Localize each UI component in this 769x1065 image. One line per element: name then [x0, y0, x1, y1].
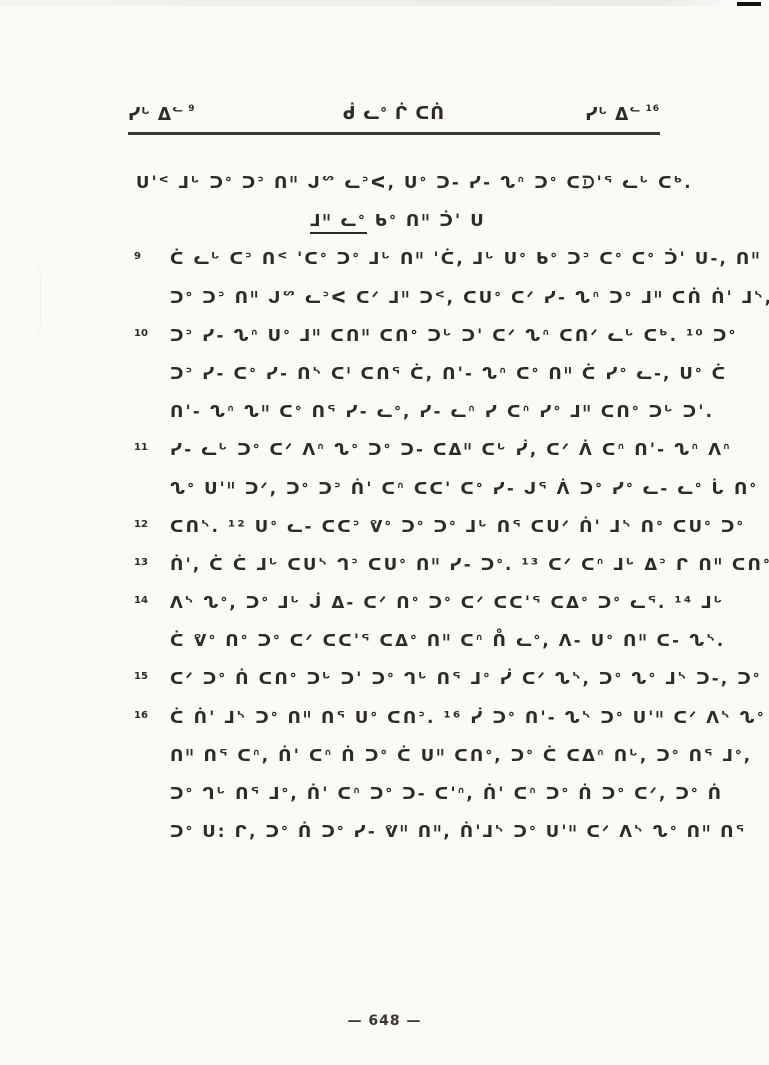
line-text: ᑏ', ᑖ ᑖ ᒧᒡ ᑕᑌᔅ ᒉᐣ ᑕᑌᐤ ᑎᐦ ᓯ- ᑐᐤ. ¹³ ᑕᐟ ᑕᐢ… [170, 546, 769, 584]
text-line: 14ᐱᔅ ᔐᐤ, ᑐᐤ ᒧᒡ ᒎ ᐃ- ᑕᐟ ᑎᐤ ᑐᐤ ᑕᐟ ᑕᑕ'ᕐ ᑕᐃᐤ… [136, 584, 660, 622]
header-right-number: 16 [645, 104, 660, 114]
line-text: ᑐᐤ ᒉᒡ ᑎᕐ ᒧᐤ, ᑏ' ᑕᐢ ᑐᐤ ᑐ- ᑕ'ᐢ, ᑏ' ᑕᐢ ᑐᐤ ᑏ… [170, 775, 723, 813]
text-line: 11ᓯ- ᓚᒡ ᑐᐤ ᑕᐟ ᐱᐢ ᔐᐤ ᑐᐤ ᑐ- ᑕᐃᐦ ᑕᒡ ᓰ, ᑕᐟ ᐲ… [136, 431, 660, 469]
text-line: ᑎᐦ ᑎᕐ ᑕᐢ, ᑏ' ᑕᐢ ᑏ ᑐᐤ ᑖ ᑌᐦ ᑕᑎᐤ, ᑐᐤ ᑖ ᑕᐃᐢ … [136, 737, 660, 775]
header-book-title: ᑰ ᓚᐤ ᒌ ᑕᑏ [128, 104, 660, 124]
text-line: ᑐᐤ ᒉᒡ ᑎᕐ ᒧᐤ, ᑏ' ᑕᐢ ᑐᐤ ᑐ- ᑕ'ᐢ, ᑏ' ᑕᐢ ᑐᐤ ᑏ… [136, 775, 660, 813]
verse-number: 13 [134, 544, 148, 582]
header-right-reference: ᓯᒡ ᐃᓪ16 [585, 104, 660, 125]
text-line: ᑐᐤ ᑌ: ᒋ, ᑐᐤ ᑏ ᑐᐤ ᓯ- ᕓᐦ ᑎᐦ, ᑏ'ᒧᔅ ᑐᐤ ᑌ'ᐦ ᑕ… [136, 813, 660, 851]
paper-fold-shadow [0, 240, 41, 360]
text-line: 13ᑏ', ᑖ ᑖ ᒧᒡ ᑕᑌᔅ ᒉᐣ ᑕᑌᐤ ᑎᐦ ᓯ- ᑐᐤ. ¹³ ᑕᐟ … [136, 546, 660, 584]
verse-number: 12 [134, 506, 148, 544]
line-text: ᑖ ᕓᐤ ᑎᐤ ᑐᐤ ᑕᐟ ᑕᑕ'ᕐ ᑕᐃᐤ ᑎᐦ ᑕᐢ ᑍ ᓚᐤ, ᐱ- ᑌᐤ… [170, 622, 725, 660]
text-line: ᑎ'- ᔐᐢ ᔐᐦ ᑕᐤ ᑎᕐ ᓯ- ᓚᐤ, ᓯ- ᓚᐢ ᓯ ᑕᐢ ᓯᐤ ᒧᐦ … [136, 393, 660, 431]
scan-top-edge [0, 0, 769, 6]
verse-number: 15 [134, 658, 148, 696]
text-line: ᑖ ᕓᐤ ᑎᐤ ᑐᐤ ᑕᐟ ᑕᑕ'ᕐ ᑕᐃᐤ ᑎᐦ ᑕᐢ ᑍ ᓚᐤ, ᐱ- ᑌᐤ… [136, 622, 660, 660]
running-header: ᓯᒡ ᐃᓪ9 ᑰ ᓚᐤ ᒌ ᑕᑏ ᓯᒡ ᐃᓪ16 [128, 98, 660, 134]
text-line: ᑐᐣ ᓯ- ᑕᐤ ᓯ- ᑎᔅ ᑕᑊ ᑕᑎᕐ ᑖ, ᑎ'- ᔐᐢ ᑕᐤ ᑎᐦ ᑖ … [136, 355, 660, 393]
line-text: ᑖ ᑏ' ᒧᔅ ᑐᐤ ᑎᐦ ᑎᕐ ᑌᐤ ᑕᑎᐣ. ¹⁶ ᓰ ᑐᐤ ᑎ'- ᔐᔅ … [170, 699, 766, 737]
text-line: ᑌ'ᑉ ᒧᒡ ᑐᐤ ᑐᐣ ᑎᐦ ᒍᔥ ᓚᐣᐸ, ᑌᐤ ᑐ- ᓯ- ᔐᐢ ᑐᐤ ᑕ… [136, 164, 660, 202]
text-line: 9ᑖ ᓚᒡ ᑕᐣ ᑎᑉ 'ᑕᐤ ᑐᐤ ᒧᒡ ᑎᐦ 'ᑖ, ᒧᒡ ᑌᐤ ᑲᐤ ᑐᐣ… [136, 240, 660, 278]
line-text: ᓯ- ᓚᒡ ᑐᐤ ᑕᐟ ᐱᐢ ᔐᐤ ᑐᐤ ᑐ- ᑕᐃᐦ ᑕᒡ ᓰ, ᑕᐟ ᐲ ᑕ… [170, 431, 732, 469]
line-text: ᑐᐣ ᓯ- ᔐᐢ ᑌᐤ ᒧᐦ ᑕᑎᐦ ᑕᑎᐤ ᑐᒡ ᑐ' ᑕᐟ ᔐᐢ ᑕᑎᐟ ᓚ… [170, 317, 737, 355]
line-text: ᑌ'ᑉ ᒧᒡ ᑐᐤ ᑐᐣ ᑎᐦ ᒍᔥ ᓚᐣᐸ, ᑌᐤ ᑐ- ᓯ- ᔐᐢ ᑐᐤ ᑕ… [136, 164, 693, 202]
line-text: ᑐᐤ ᑌ: ᒋ, ᑐᐤ ᑏ ᑐᐤ ᓯ- ᕓᐦ ᑎᐦ, ᑏ'ᒧᔅ ᑐᐤ ᑌ'ᐦ ᑕ… [170, 813, 746, 851]
text-line: ᔐᐤ ᑌ'ᐦ ᑐᐟ, ᑐᐤ ᑐᐣ ᑏ' ᑕᐢ ᑕᑕ' ᑕᐤ ᓯ- ᒍᕐ ᐲ ᑐᐤ… [136, 470, 660, 508]
line-text: ᑎᐦ ᑎᕐ ᑕᐢ, ᑏ' ᑕᐢ ᑏ ᑐᐤ ᑖ ᑌᐦ ᑕᑎᐤ, ᑐᐤ ᑖ ᑕᐃᐢ … [170, 737, 752, 775]
verse-number: 16 [134, 697, 148, 735]
text-line: 10ᑐᐣ ᓯ- ᔐᐢ ᑌᐤ ᒧᐦ ᑕᑎᐦ ᑕᑎᐤ ᑐᒡ ᑐ' ᑕᐟ ᔐᐢ ᑕᑎᐟ… [136, 317, 660, 355]
text-line: 16ᑖ ᑏ' ᒧᔅ ᑐᐤ ᑎᐦ ᑎᕐ ᑌᐤ ᑕᑎᐣ. ¹⁶ ᓰ ᑐᐤ ᑎ'- ᔐ… [136, 699, 660, 737]
line-text: ᐱᔅ ᔐᐤ, ᑐᐤ ᒧᒡ ᒎ ᐃ- ᑕᐟ ᑎᐤ ᑐᐤ ᑕᐟ ᑕᑕ'ᕐ ᑕᐃᐤ ᑐ… [170, 584, 724, 622]
text-line: ᒧᐦ ᓚᐤ ᑲᐤ ᑎᐦ ᑑ' ᑌ [136, 202, 660, 240]
header-rule [128, 132, 660, 135]
scan-corner-mark [737, 2, 761, 6]
text-line: 15ᑕᐟ ᑐᐤ ᑏ ᑕᑎᐤ ᑐᒡ ᑐ' ᑐᐤ ᒉᒡ ᑎᕐ ᒧᐤ ᓰ ᑕᐟ ᔐᔅ,… [136, 660, 660, 698]
verse-number: 11 [134, 429, 148, 467]
page-number: — 648 — [0, 1013, 769, 1029]
line-text: ᒧᐦ ᓚᐤ ᑲᐤ ᑎᐦ ᑑ' ᑌ [310, 202, 486, 240]
header-right-label: ᓯᒡ ᐃᓪ [585, 105, 641, 125]
line-text: ᑎ'- ᔐᐢ ᔐᐦ ᑕᐤ ᑎᕐ ᓯ- ᓚᐤ, ᓯ- ᓚᐢ ᓯ ᑕᐢ ᓯᐤ ᒧᐦ … [170, 393, 714, 431]
text-line: 12ᑕᑎᔅ. ¹² ᑌᐤ ᓚ- ᑕᑕᐣ ᕓᐤ ᑐᐤ ᑐᐤ ᒧᒡ ᑎᕐ ᑕᑌᐟ ᑏ… [136, 508, 660, 546]
line-text: ᔐᐤ ᑌ'ᐦ ᑐᐟ, ᑐᐤ ᑐᐣ ᑏ' ᑕᐢ ᑕᑕ' ᑕᐤ ᓯ- ᒍᕐ ᐲ ᑐᐤ… [170, 470, 758, 508]
line-text: ᑕᑎᔅ. ¹² ᑌᐤ ᓚ- ᑕᑕᐣ ᕓᐤ ᑐᐤ ᑐᐤ ᒧᒡ ᑎᕐ ᑕᑌᐟ ᑏ' … [170, 508, 745, 546]
text-line: ᑐᐤ ᑐᐣ ᑎᐦ ᒍᔥ ᓚᐣᐸ ᑕᐟ ᒧᐦ ᑐᑉ, ᑕᑌᐤ ᑕᐟ ᓯ- ᔐᐢ ᑐ… [136, 279, 660, 317]
section-heading-rest: ᑲᐤ ᑎᐦ ᑑ' ᑌ [367, 211, 486, 230]
verse-number: 14 [134, 582, 148, 620]
line-text: ᑕᐟ ᑐᐤ ᑏ ᑕᑎᐤ ᑐᒡ ᑐ' ᑐᐤ ᒉᒡ ᑎᕐ ᒧᐤ ᓰ ᑕᐟ ᔐᔅ, ᑐ… [170, 660, 762, 698]
line-text: ᑐᐤ ᑐᐣ ᑎᐦ ᒍᔥ ᓚᐣᐸ ᑕᐟ ᒧᐦ ᑐᑉ, ᑕᑌᐤ ᑕᐟ ᓯ- ᔐᐢ ᑐ… [170, 279, 769, 317]
verse-number: 10 [134, 315, 148, 353]
verse-number: 9 [134, 238, 141, 276]
line-text: ᑐᐣ ᓯ- ᑕᐤ ᓯ- ᑎᔅ ᑕᑊ ᑕᑎᕐ ᑖ, ᑎ'- ᔐᐢ ᑕᐤ ᑎᐦ ᑖ … [170, 355, 727, 393]
section-heading-underlined: ᒧᐦ ᓚᐤ [310, 211, 367, 234]
body-text: ᑌ'ᑉ ᒧᒡ ᑐᐤ ᑐᐣ ᑎᐦ ᒍᔥ ᓚᐣᐸ, ᑌᐤ ᑐ- ᓯ- ᔐᐢ ᑐᐤ ᑕ… [136, 164, 660, 851]
line-text: ᑖ ᓚᒡ ᑕᐣ ᑎᑉ 'ᑕᐤ ᑐᐤ ᒧᒡ ᑎᐦ 'ᑖ, ᒧᒡ ᑌᐤ ᑲᐤ ᑐᐣ … [170, 240, 761, 278]
